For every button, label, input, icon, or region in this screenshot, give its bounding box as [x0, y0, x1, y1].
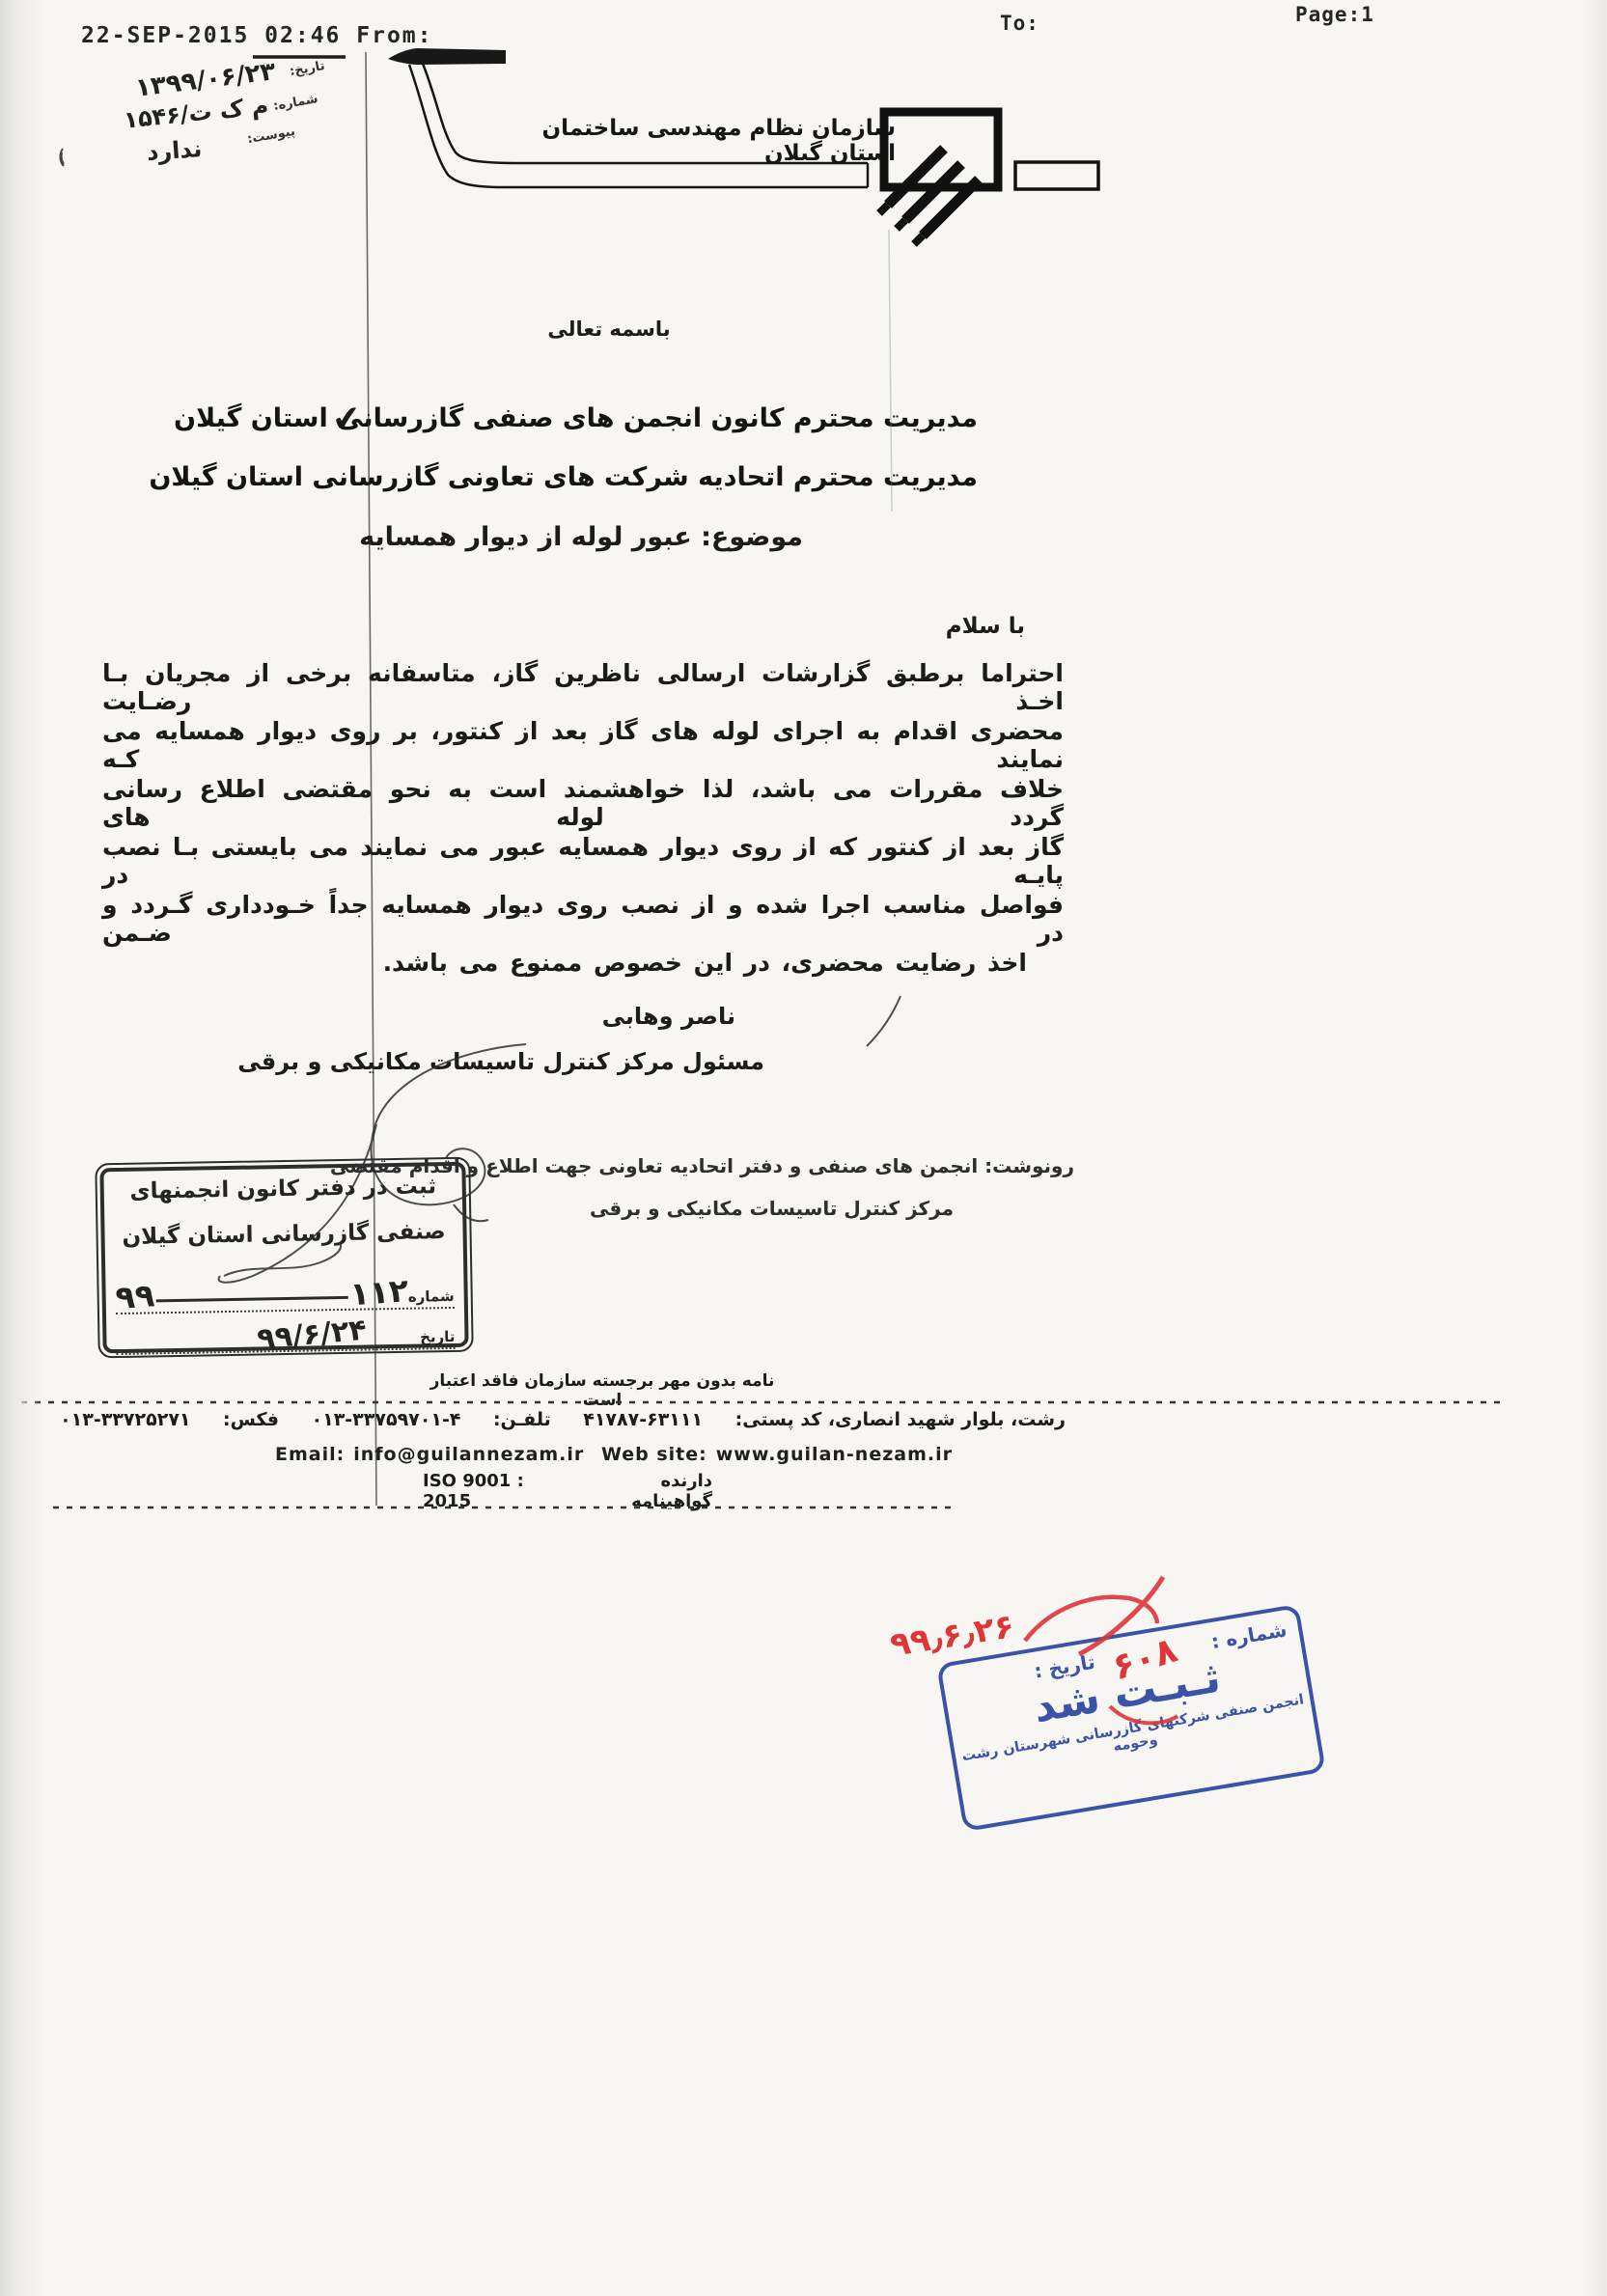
registry-stamp-border: ثبت در دفتر کانون انجمنهای صنفی گازرسانی… [99, 1162, 468, 1354]
registry-stamp-line1: ثبت در دفتر کانون انجمنهای [104, 1174, 462, 1204]
registry-date-label: تاریخ [420, 1328, 456, 1348]
website-label: Web site: [601, 1444, 707, 1465]
scan-artwork-overlay [0, 0, 1607, 2296]
registry-date-handwritten: ۹۹/۶/۲۴ [257, 1316, 369, 1355]
contact-line: Email: info@guilannezam.ir Web site: www… [275, 1444, 953, 1465]
letterhead-small-box [1015, 162, 1098, 189]
address-line: رشت، بلوار شهید انصاری، کد پستی: ۴۱۷۸۷-۶… [60, 1409, 1066, 1430]
body-line: اخذ رضایت محضری، در این خصوص ممنوع می با… [102, 949, 1064, 977]
fax-page-label: Page:1 [1295, 3, 1374, 26]
phone-value: ۰۱۳-۳۳۷۵۹۷۰۱-۴ [312, 1409, 461, 1430]
fax-to-label: To: [1000, 12, 1039, 35]
besmellah-line: باسمه تعالی [537, 318, 681, 341]
salutation: با سلام [946, 614, 1025, 639]
registry-number-label: شماره [408, 1287, 455, 1308]
body-line: خلاف مقررات می باشد، لذا خواهشمند است به… [102, 775, 1064, 831]
fax-from-line: 22-SEP-2015 02:46 From: [81, 23, 433, 48]
body-line: فواصل مناسب اجرا شده و از نصب روی دیوار … [102, 891, 1064, 947]
phone-label: تلفـن: [493, 1409, 551, 1430]
body-line: محضری اقدام به اجرای لوله های گاز بعد از… [102, 717, 1064, 773]
subject-line: موضوع: عبور لوله از دیوار همسایه [359, 522, 803, 552]
registry-number-handwritten-right: ۱۱۲ [348, 1274, 409, 1310]
signer-name: ناصر وهابی [602, 1003, 735, 1030]
registry-number-stroke [156, 1296, 347, 1302]
cc-line-2: مرکز کنترل تاسیسات مکانیکی و برقی [590, 1197, 954, 1220]
address-label: رشت، بلوار شهید انصاری، کد پستی: [735, 1409, 1066, 1430]
registry-stamp-date-row: تاریخ ۹۹/۶/۲۴ [116, 1309, 456, 1355]
recipient-line-2: مدیریت محترم اتحادیه شرکت های تعاونی گاز… [149, 462, 978, 492]
body-line: گاز بعد از کنتور که از روی دیوار همسایه … [102, 833, 1064, 889]
fax-value: ۰۱۳-۳۳۷۲۵۲۷۱ [60, 1409, 190, 1430]
ref-attachment-value: ندارد [146, 135, 203, 166]
organization-name: سازمان نظام مهندسی ساختمان استان گیلان [510, 116, 896, 166]
registry-number-handwritten-left: ۹۹ [115, 1279, 156, 1314]
iso-label: دارنده گواهینامه [580, 1471, 712, 1511]
website-value: www.guilan-nezam.ir [716, 1444, 953, 1465]
validity-note: نامه بدون مهر برجسته سازمان فاقد اعتبار … [413, 1371, 791, 1410]
organization-logo-icon [879, 112, 1098, 244]
email-pair: Email: info@guilannezam.ir [275, 1444, 584, 1465]
registry-stamp: ثبت در دفتر کانون انجمنهای صنفی گازرسانی… [95, 1157, 473, 1359]
ref-attachment-label: پیوست: [246, 124, 296, 147]
postal-code: ۴۱۷۸۷-۶۳۱۱۱ [583, 1409, 703, 1430]
ref-number-label: شماره: [272, 92, 319, 114]
registry-stamp-number-row: شماره ۱۱۲ ۹۹ [115, 1262, 455, 1314]
scanned-letter-page: 22-SEP-2015 02:46 From: To: Page:1 تاریخ… [0, 0, 1607, 2296]
body-line: احتراما برطبق گزارشات ارسالی ناظرین گاز،… [102, 659, 1064, 715]
website-pair: Web site: www.guilan-nezam.ir [601, 1444, 953, 1465]
recipient-line-1: مدیریت محترم کانون انجمن های صنفی گازرسا… [174, 403, 978, 433]
registry-stamp-line2: صنفی گازرسانی استان گیلان [104, 1219, 462, 1250]
letterhead-top-bar [388, 48, 506, 65]
email-label: Email: [275, 1444, 345, 1465]
signer-title: مسئول مرکز کنترل تاسیسات مکانیکی و برقی [237, 1048, 764, 1075]
edge-mark [60, 149, 64, 166]
fax-label: فکس: [223, 1409, 279, 1430]
iso-value: ISO 9001 : 2015 [423, 1471, 570, 1511]
email-value: info@guilannezam.ir [353, 1444, 584, 1465]
iso-line: دارنده گواهینامه ISO 9001 : 2015 [423, 1471, 712, 1511]
ref-date-label: تاریخ: [289, 59, 326, 79]
